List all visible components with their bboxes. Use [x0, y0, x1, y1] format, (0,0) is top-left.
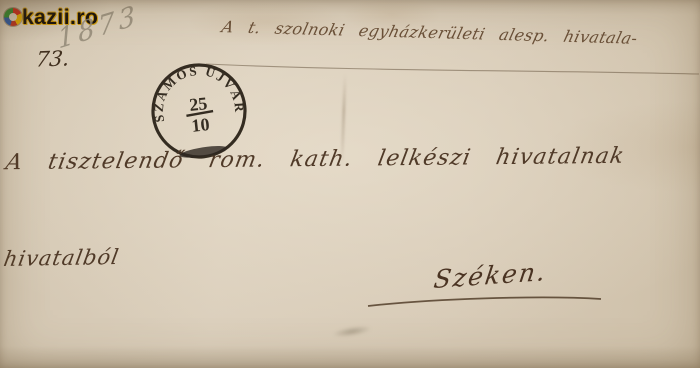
ink-strokes — [0, 0, 700, 368]
destination-underline — [368, 297, 601, 306]
address-line: A tisztelendő rom. kath. lelkészi hivata… — [4, 144, 627, 176]
postmark-month: 10 — [190, 114, 210, 136]
sender-office: hivatalból — [2, 245, 121, 271]
top-underline — [206, 64, 699, 74]
destination: Széken. — [432, 257, 549, 294]
scan-vignette — [0, 0, 700, 368]
top-docket-line: A t. szolnoki egyházkerületi alesp. hiva… — [220, 17, 640, 47]
letter-scan: kazii.ro 1873 73. A t. szolnoki egyházke… — [0, 0, 700, 368]
okazii-o-icon — [4, 8, 22, 26]
ink-smudge — [332, 324, 373, 339]
registry-number: 73. — [35, 46, 71, 71]
